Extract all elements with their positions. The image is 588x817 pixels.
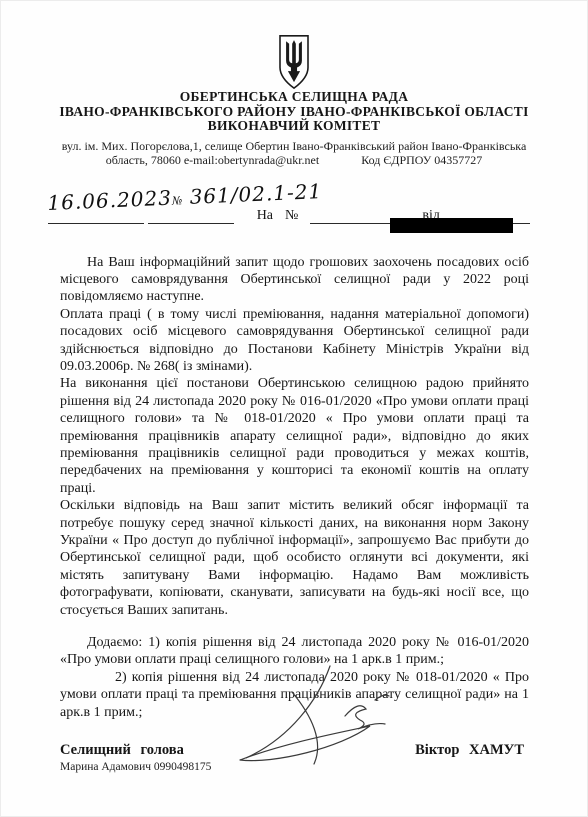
signer-name: Віктор ХАМУТ <box>415 742 524 759</box>
org-edrpou-code: Код ЄДРПОУ 04357727 <box>361 153 482 168</box>
paragraph: Оплата праці ( в тому числі преміювання,… <box>60 306 529 376</box>
letter-body: На Ваш інформаційний запит щодо грошових… <box>0 254 588 722</box>
reply-prefix-label: На <box>257 208 273 223</box>
signer-position-title: Селищний голова <box>60 742 184 759</box>
org-name-line3: ВИКОНАВЧИЙ КОМІТЕТ <box>0 119 588 134</box>
handwritten-date: 16.06.2023 <box>47 185 172 214</box>
ukraine-trident-emblem <box>0 34 588 90</box>
org-address-line1: вул. ім. Мих. Погорєлова,1, селище Оберт… <box>0 139 588 154</box>
outgoing-reference: 16.06.2023№ 361/02.1-21 <box>48 208 248 224</box>
reply-number-sign: № <box>285 208 298 223</box>
org-address-line2: область, 78060 e-mail:obertynrada@ukr.ne… <box>106 153 320 168</box>
paragraph: На Ваш інформаційний запит щодо грошових… <box>60 254 529 306</box>
handwritten-outgoing-number: 361/02.1-21 <box>189 179 323 209</box>
number-blank-line <box>148 209 234 224</box>
redacted-addressee-block <box>390 218 513 233</box>
letterhead: ОБЕРТИНСЬКА СЕЛИЩНА РАДА ІВАНО-ФРАНКІВСЬ… <box>0 0 588 168</box>
paragraph: Оскільки відповідь на Ваш запит містить … <box>60 497 529 619</box>
org-name-line1: ОБЕРТИНСЬКА СЕЛИЩНА РАДА <box>0 90 588 105</box>
paragraph: На виконання цієї постанови Обертинською… <box>60 375 529 497</box>
scanned-letter-page: ОБЕРТИНСЬКА СЕЛИЩНА РАДА ІВАНО-ФРАНКІВСЬ… <box>0 0 588 817</box>
org-name-line2: ІВАНО-ФРАНКІВСЬКОГО РАЙОНУ ІВАНО-ФРАНКІВ… <box>0 105 588 120</box>
handwritten-number-sign: № <box>172 194 183 207</box>
handwritten-signature <box>212 658 427 776</box>
